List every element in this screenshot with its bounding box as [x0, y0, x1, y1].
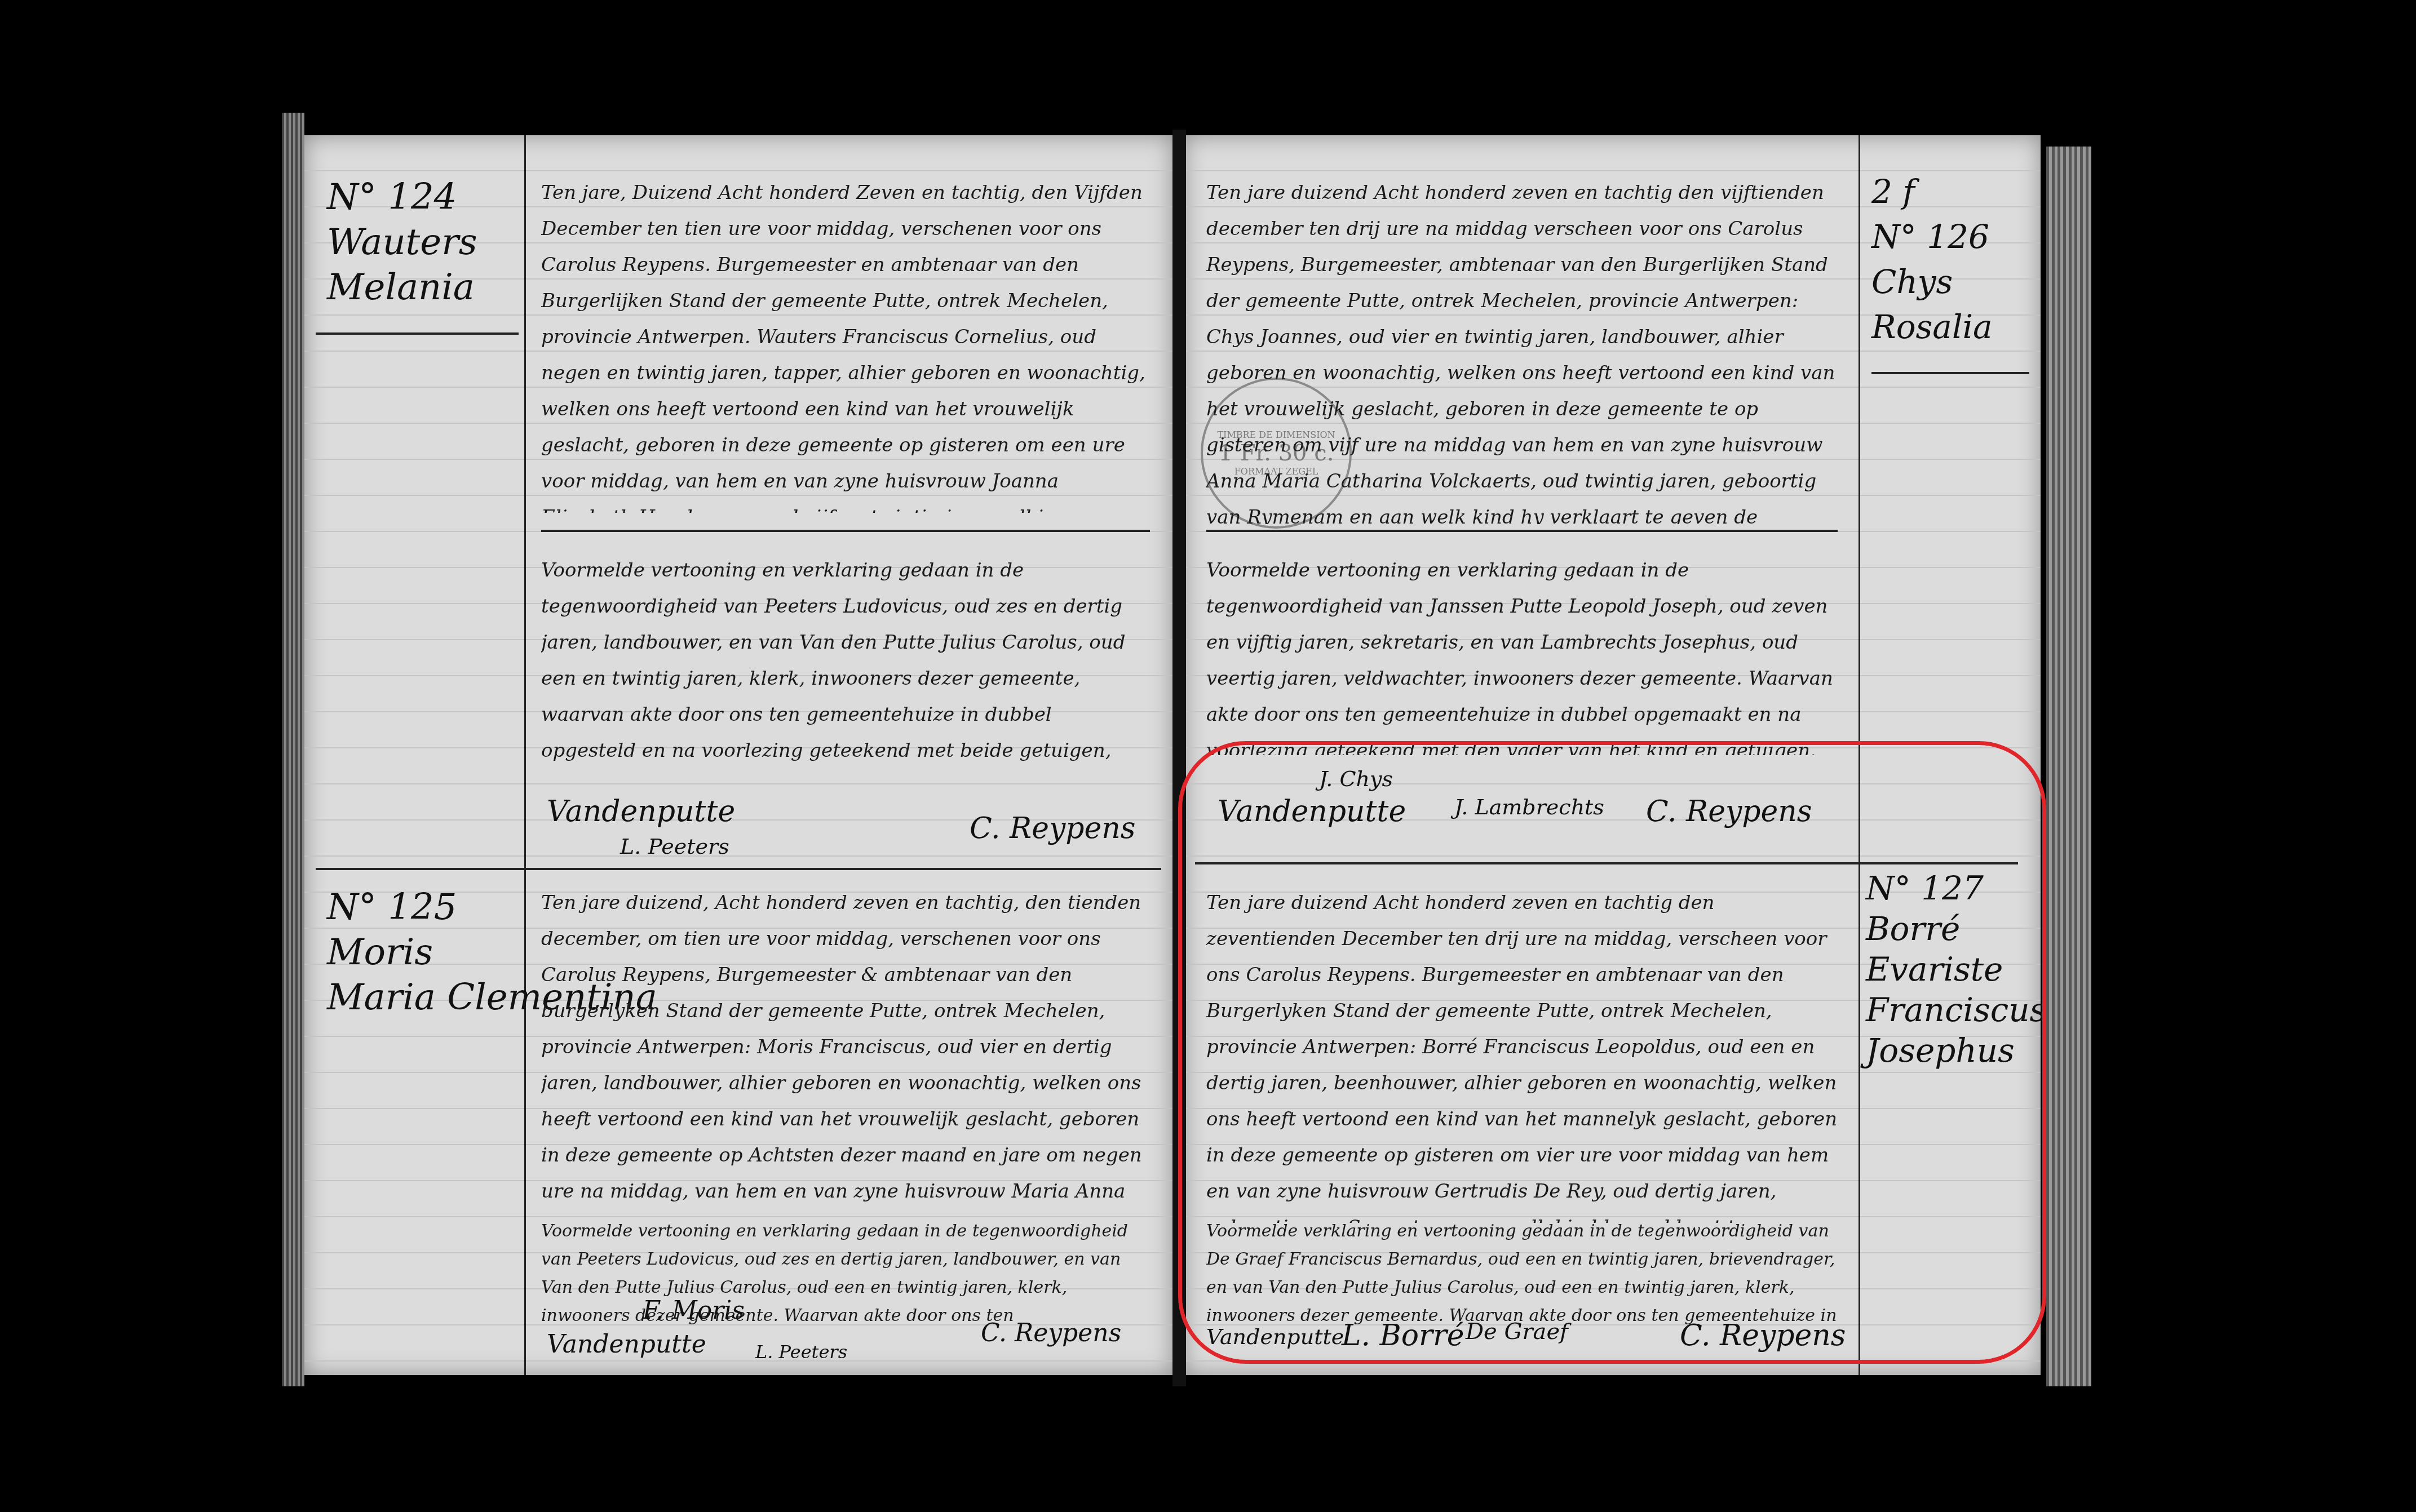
entry-125-witnesses: Voormelde vertooning en verklaring gedaa…	[541, 1217, 1150, 1330]
margin-separator	[1871, 372, 2029, 374]
signature: Vandenputte	[547, 795, 735, 828]
signature: F. Moris	[643, 1296, 745, 1325]
entry-surname: Chys	[1871, 259, 2018, 304]
entry-separator	[1206, 530, 1838, 532]
entry-given-name: Rosalia	[1871, 304, 2018, 349]
signature: C. Reypens	[981, 1319, 1121, 1347]
entry-124-body: Ten jare, Duizend Acht honderd Zeven en …	[541, 175, 1150, 513]
entry-126-body: Ten jare duizend Acht honderd zeven en t…	[1206, 175, 1838, 524]
entry-separator	[316, 868, 1161, 870]
entry-124-witnesses: Voormelde vertooning en verklaring gedaa…	[541, 552, 1150, 778]
signature: Vandenputte	[547, 1330, 706, 1359]
margin-entry-124: N° 124 Wauters Melania	[327, 175, 477, 310]
entry-given-name: Melania	[327, 265, 477, 310]
entry-number: N° 126	[1871, 214, 2018, 259]
left-page: N° 124 Wauters Melania Ten jare, Duizend…	[304, 135, 1172, 1375]
entry-separator	[541, 530, 1150, 532]
signature: L. Peeters	[755, 1341, 847, 1363]
margin-separator	[316, 332, 519, 335]
entry-125-body: Ten jare duizend, Acht honderd zeven en …	[541, 885, 1150, 1212]
signature: L. Peeters	[620, 834, 729, 859]
margin-column	[304, 135, 526, 1375]
red-highlight-annotation-entry-127	[1178, 741, 2046, 1364]
signature: C. Reypens	[970, 812, 1136, 845]
folio-number: 2 f	[1871, 169, 2018, 214]
entry-surname: Wauters	[327, 220, 477, 265]
entry-126-witnesses: Voormelde vertooning en verklaring gedaa…	[1206, 552, 1838, 755]
entry-number: N° 124	[327, 175, 477, 220]
margin-entry-126: 2 f N° 126 Chys Rosalia	[1871, 169, 2018, 349]
